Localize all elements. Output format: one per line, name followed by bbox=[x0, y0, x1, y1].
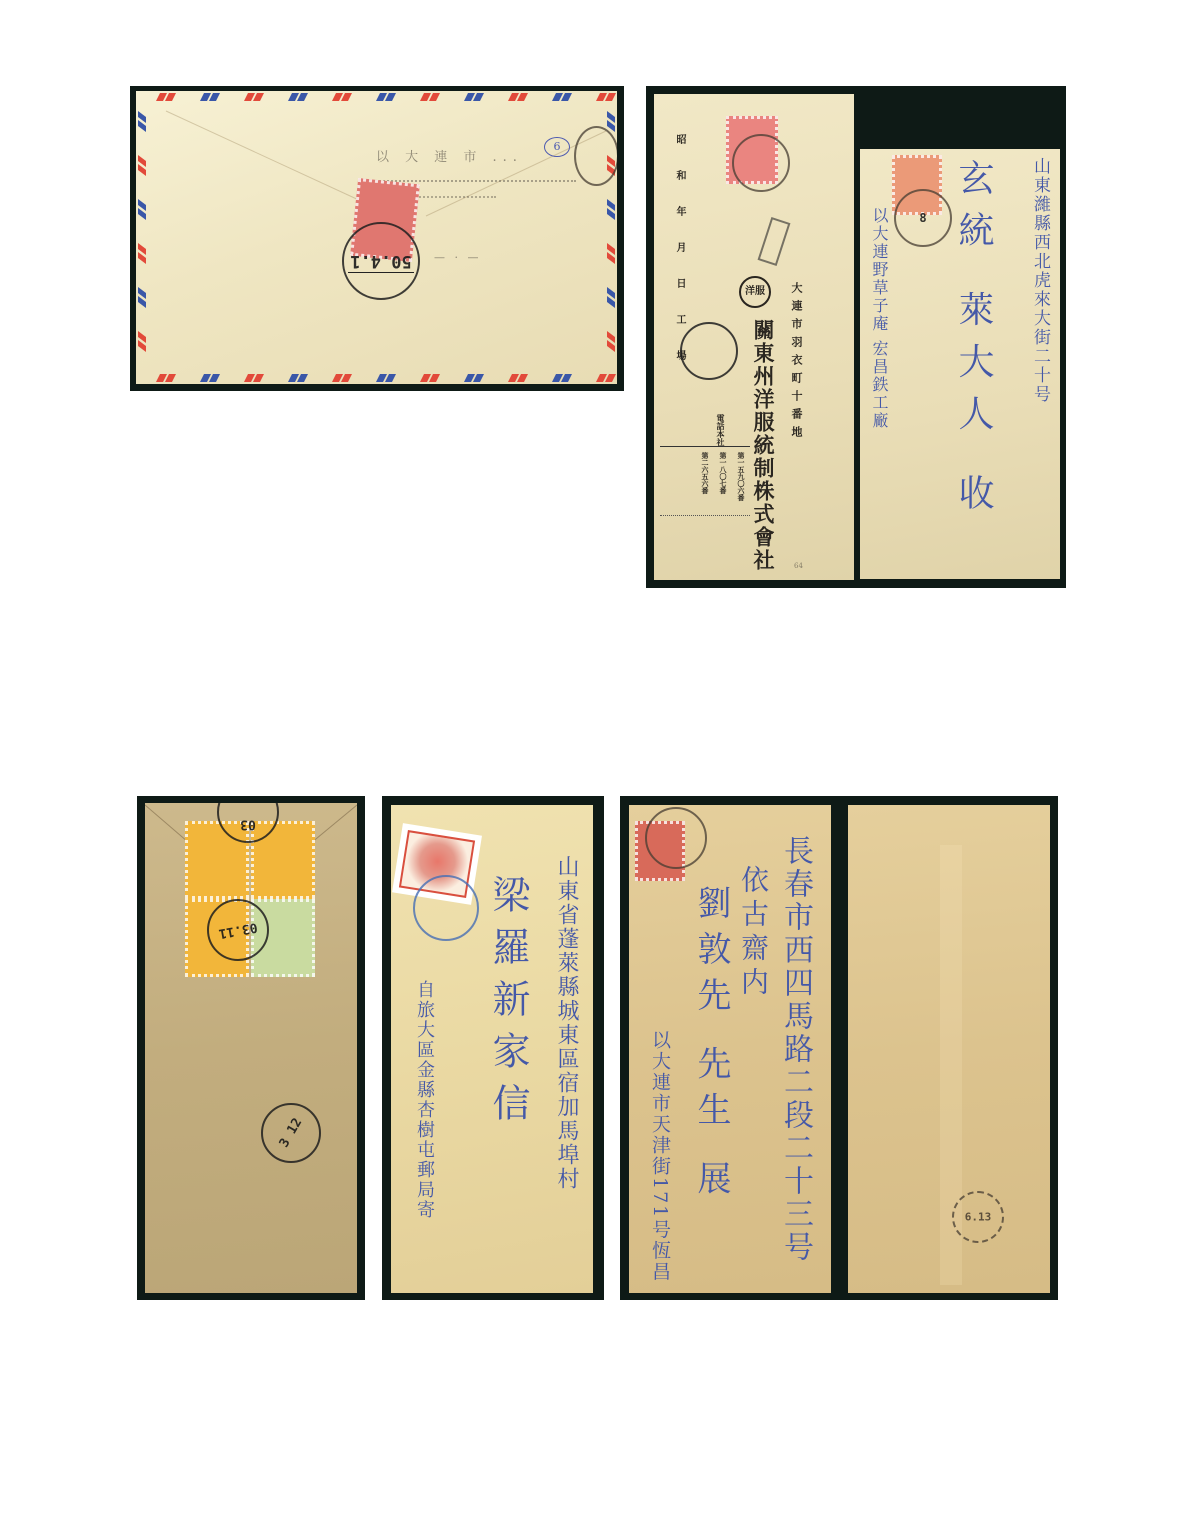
cover-1-edge-postmark bbox=[574, 126, 617, 186]
cover-6-postmark bbox=[645, 807, 707, 869]
cover-2-envelope[interactable]: 昭和年月日工場 洋服 大連市羽衣町十番地 關東州洋服統制株式會社 電話本社 第一… bbox=[654, 94, 854, 580]
pencil-mark-circle: 6 bbox=[544, 137, 570, 157]
cover-5-envelope[interactable]: 山東省蓬萊縣城東區宿加馬埠村 梁羅新家信 自旅大區金縣杏樹屯郵局寄 bbox=[391, 805, 593, 1293]
cover-2-left-fields: 昭和年月日工場 bbox=[672, 134, 687, 444]
cover-4-postmark-mid: 03.11 bbox=[207, 899, 269, 961]
cover-1-frame: 以 大 連 市 ... 6 50.4.1 — · — bbox=[130, 86, 624, 391]
cover-2-rect-handstamp bbox=[758, 217, 791, 266]
cover-1-faint-text-2 bbox=[376, 166, 576, 182]
phone-label: 電話本社 bbox=[716, 414, 727, 446]
cover-3-sender: 以大連野草子庵 宏昌鉄工廠 bbox=[868, 207, 891, 430]
cover-4-postmark-bottom: 3 12 bbox=[261, 1103, 321, 1163]
field-day: 日 bbox=[674, 278, 685, 314]
cover-5-recipient-name: 梁羅新家信 bbox=[481, 875, 536, 1135]
field-showa-2: 和 bbox=[674, 170, 685, 206]
cover-3-postmark: 8 bbox=[894, 189, 952, 247]
cover-5-blue-cancel bbox=[413, 875, 479, 941]
cover-5-sender: 自旅大區金縣杏樹屯郵局寄 bbox=[411, 980, 437, 1220]
company-address: 大連市羽衣町十番地 bbox=[788, 282, 804, 444]
cover-2-stamp-postmark bbox=[732, 134, 790, 192]
cover-6-care-of: 依古齋内 bbox=[733, 865, 773, 1001]
cover-3-envelope[interactable]: 8 山東濰縣西北虎來大街二十号 玄統 萊大人 收 以大連野草子庵 宏昌鉄工廠 bbox=[860, 149, 1060, 579]
cover-2-postmark bbox=[680, 322, 738, 380]
cover-1-envelope[interactable]: 以 大 連 市 ... 6 50.4.1 — · — bbox=[136, 91, 617, 384]
company-logo: 洋服 bbox=[739, 276, 771, 308]
pencil-note: 64 bbox=[794, 562, 803, 570]
cover-6-envelope[interactable]: 長春市西四馬路二段二十三号 依古齋内 劉敦先 先生 展 以大連市天津街171号恆… bbox=[629, 805, 831, 1293]
cover-1-pencil-notes: — · — bbox=[434, 251, 482, 264]
postmark-bar bbox=[348, 272, 414, 273]
cover-7-postmark: 6.13 bbox=[952, 1191, 1004, 1243]
cover-5-frame: 山東省蓬萊縣城東區宿加馬埠村 梁羅新家信 自旅大區金縣杏樹屯郵局寄 bbox=[382, 796, 604, 1300]
cover-3-recipient-address: 山東濰縣西北虎來大街二十号 bbox=[1028, 157, 1053, 404]
cover-1-postmark: 50.4.1 bbox=[342, 222, 420, 300]
cover-7-envelope[interactable]: 6.13 bbox=[848, 805, 1050, 1293]
cover-5-recipient-address: 山東省蓬萊縣城東區宿加馬埠村 bbox=[551, 855, 582, 1191]
field-month: 月 bbox=[674, 242, 685, 278]
cover-1-faint-text: 以 大 連 市 ... bbox=[376, 146, 523, 165]
company-name: 關東州洋服統制株式會社 bbox=[748, 319, 778, 572]
field-year: 年 bbox=[674, 206, 685, 242]
cover-4-frame: 03 03.11 3 12 bbox=[137, 796, 365, 1300]
field-showa-1: 昭 bbox=[674, 134, 685, 170]
cover-6-sender: 以大連市天津街171号恆昌 bbox=[647, 1030, 674, 1282]
cover-4-envelope[interactable]: 03 03.11 3 12 bbox=[145, 803, 357, 1293]
phone-table-lines bbox=[660, 446, 750, 516]
cover-6-7-frame: 長春市西四馬路二段二十三号 依古齋内 劉敦先 先生 展 以大連市天津街171号恆… bbox=[620, 796, 1058, 1300]
cover-2-3-frame: 昭和年月日工場 洋服 大連市羽衣町十番地 關東州洋服統制株式會社 電話本社 第一… bbox=[646, 86, 1066, 588]
cover-6-recipient-address: 長春市西四馬路二段二十三号 bbox=[773, 835, 817, 1264]
cover-3-recipient-name: 玄統 萊大人 收 bbox=[948, 159, 999, 526]
cover-6-recipient-name: 劉敦先 先生 展 bbox=[687, 885, 736, 1207]
